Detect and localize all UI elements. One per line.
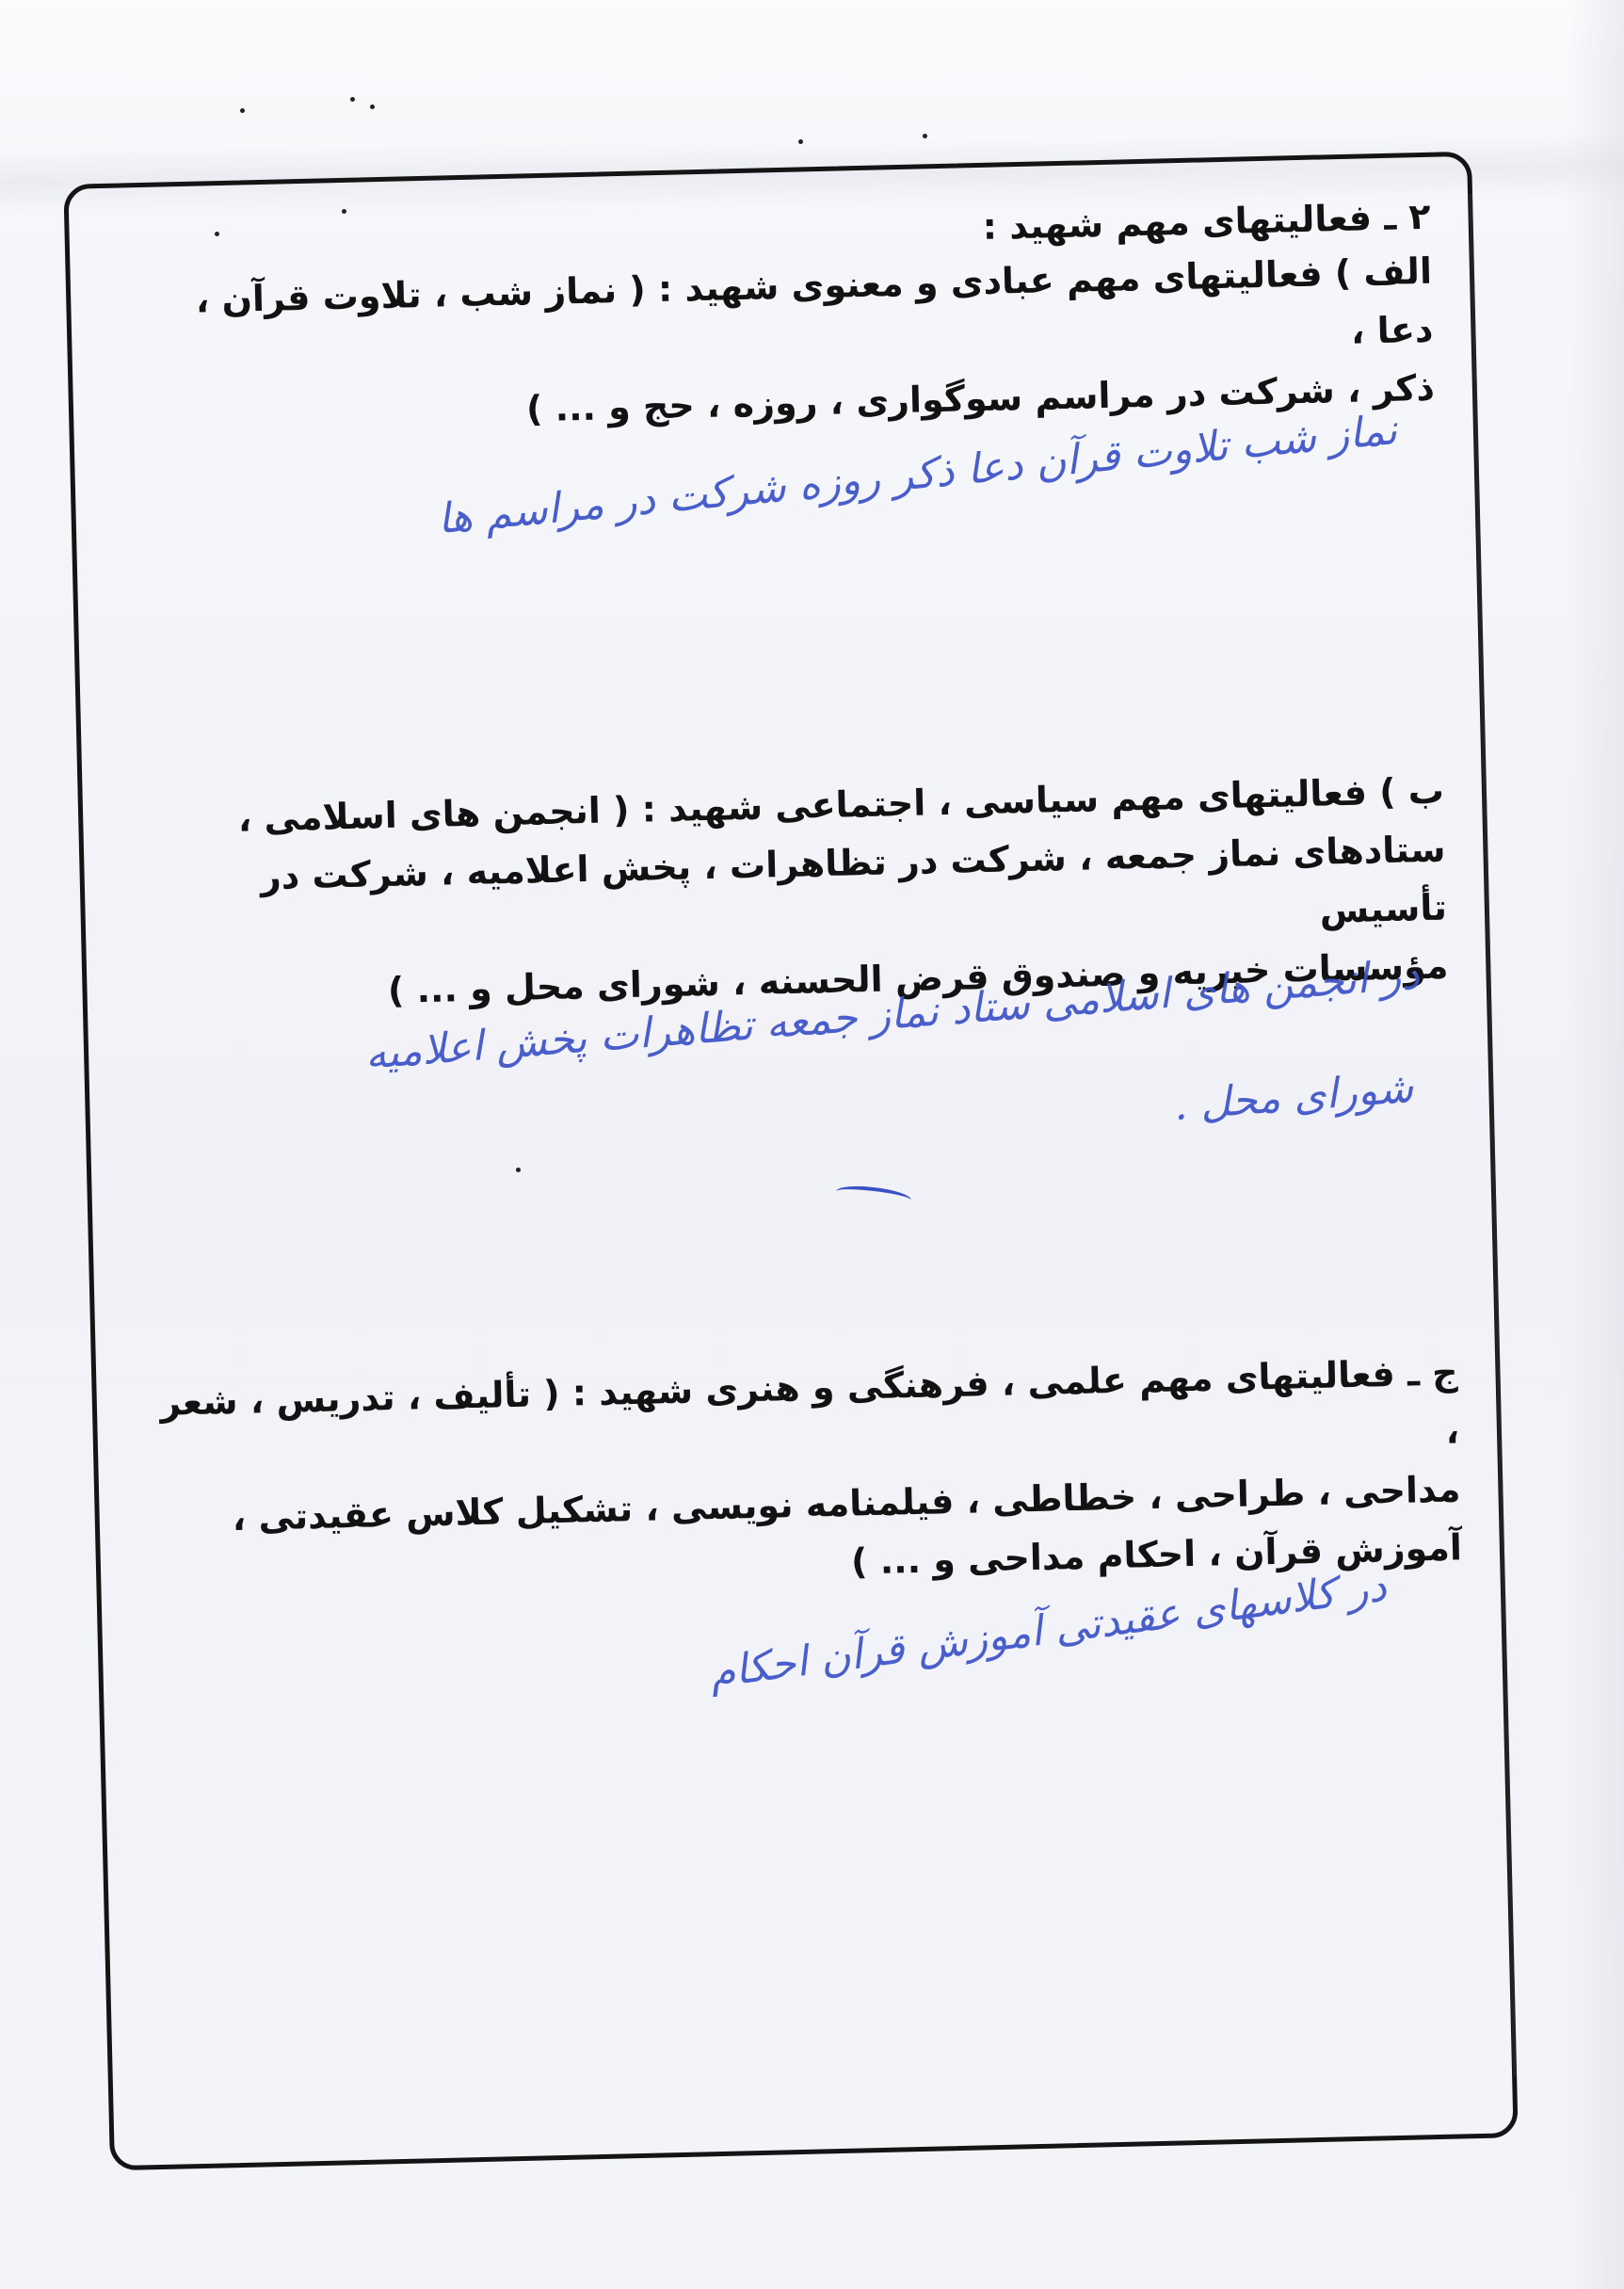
scan-speck bbox=[240, 108, 245, 113]
scan-speck bbox=[798, 139, 803, 144]
scan-speck bbox=[923, 134, 927, 138]
scan-speck bbox=[370, 105, 375, 109]
scan-speck bbox=[350, 97, 355, 102]
scanned-page: ۲ ـ فعالیتهای مهم شهید : الف ) فعالیتهای… bbox=[0, 0, 1624, 2289]
document-frame: ۲ ـ فعالیتهای مهم شهید : الف ) فعالیتهای… bbox=[63, 152, 1518, 2171]
document-content: ۲ ـ فعالیتهای مهم شهید : الف ) فعالیتهای… bbox=[88, 175, 1494, 2146]
paper-edge-shading bbox=[1568, 0, 1624, 2289]
section-c: ج ـ فعالیتهای مهم علمی ، فرهنگی و هنری ش… bbox=[153, 1343, 1462, 1607]
pen-stroke-mark bbox=[835, 1183, 912, 1208]
handwritten-answer-b-line-2: شورای محل . bbox=[1172, 1056, 1416, 1139]
